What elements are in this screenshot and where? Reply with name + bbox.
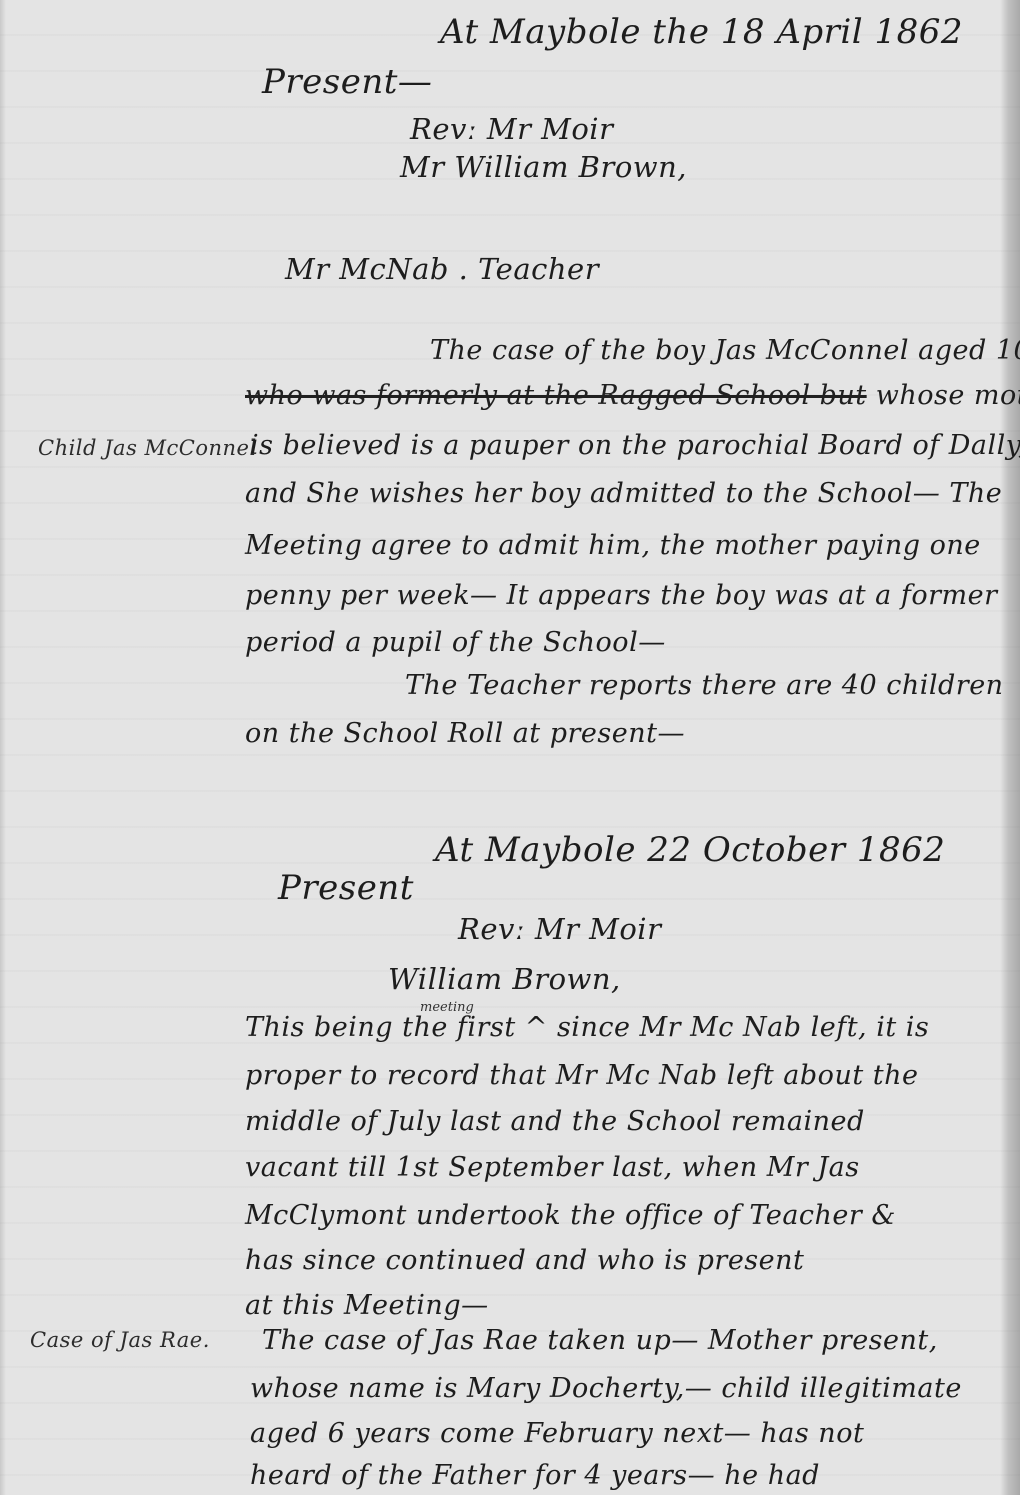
entry2-para1-line7: at this Meeting— <box>245 1290 489 1321</box>
entry2-para1-line5: McClymont undertook the office of Teache… <box>245 1200 896 1231</box>
entry1-para1-line4: and She wishes her boy admitted to the S… <box>245 478 1002 509</box>
entry1-present-label: Present— <box>262 62 432 102</box>
entry1-attendee-1: Revː Mr Moir <box>410 112 613 146</box>
line2-remainder: whose mother, <box>876 380 1020 411</box>
entry2-margin-note: Case of Jas Rae. <box>30 1328 210 1352</box>
entry1-para1-line2: who was formerly at the Ragged School bu… <box>245 380 1020 411</box>
entry1-para2-line1: The Teacher reports there are 40 childre… <box>405 670 1004 701</box>
entry2-para2-line1: The case of Jas Rae taken up— Mother pre… <box>262 1325 938 1356</box>
entry1-para1-line1: The case of the boy Jas McConnel aged 10… <box>430 335 1020 366</box>
entry1-para1-line5: Meeting agree to admit him, the mother p… <box>245 530 981 561</box>
entry2-attendee-1: Revː Mr Moir <box>458 912 661 946</box>
entry2-para1-line6: has since continued and who is present <box>245 1245 804 1276</box>
entry2-heading: At Maybole 22 October 1862 <box>435 830 945 870</box>
struck-text: who was formerly at the Ragged School bu… <box>245 380 867 411</box>
entry2-present-label: Present <box>278 868 414 908</box>
entry1-teacher-line: Mr McNab . Teacher <box>285 252 599 286</box>
page-edge-shadow <box>0 0 6 1495</box>
entry2-para1-line1: This being the first ^ since Mr Mc Nab l… <box>245 1012 929 1043</box>
entry2-para2-line3: aged 6 years come February next— has not <box>250 1418 864 1449</box>
manuscript-page: At Maybole the 18 April 1862 Present— Re… <box>0 0 1020 1495</box>
entry2-attendee-2: William Brown, <box>388 962 621 996</box>
entry2-para2-line4: heard of the Father for 4 years— he had <box>250 1460 820 1491</box>
entry2-para1-line4: vacant till 1st September last, when Mr … <box>245 1152 860 1183</box>
entry1-attendee-2: Mr William Brown, <box>400 150 687 184</box>
entry2-para2-line2: whose name is Mary Docherty,— child ille… <box>250 1373 962 1404</box>
entry1-para1-line3: is believed is a pauper on the parochial… <box>250 430 1020 461</box>
entry2-para1-line2: proper to record that Mr Mc Nab left abo… <box>245 1060 918 1091</box>
entry1-margin-note: Child Jas McConnel <box>38 436 257 460</box>
entry1-para1-line6: penny per week— It appears the boy was a… <box>245 580 998 611</box>
entry1-heading: At Maybole the 18 April 1862 <box>440 12 963 52</box>
entry2-para1-line3: middle of July last and the School remai… <box>245 1106 865 1137</box>
entry1-para1-line7: period a pupil of the School— <box>245 627 666 658</box>
entry1-para2-line2: on the School Roll at present— <box>245 718 685 749</box>
